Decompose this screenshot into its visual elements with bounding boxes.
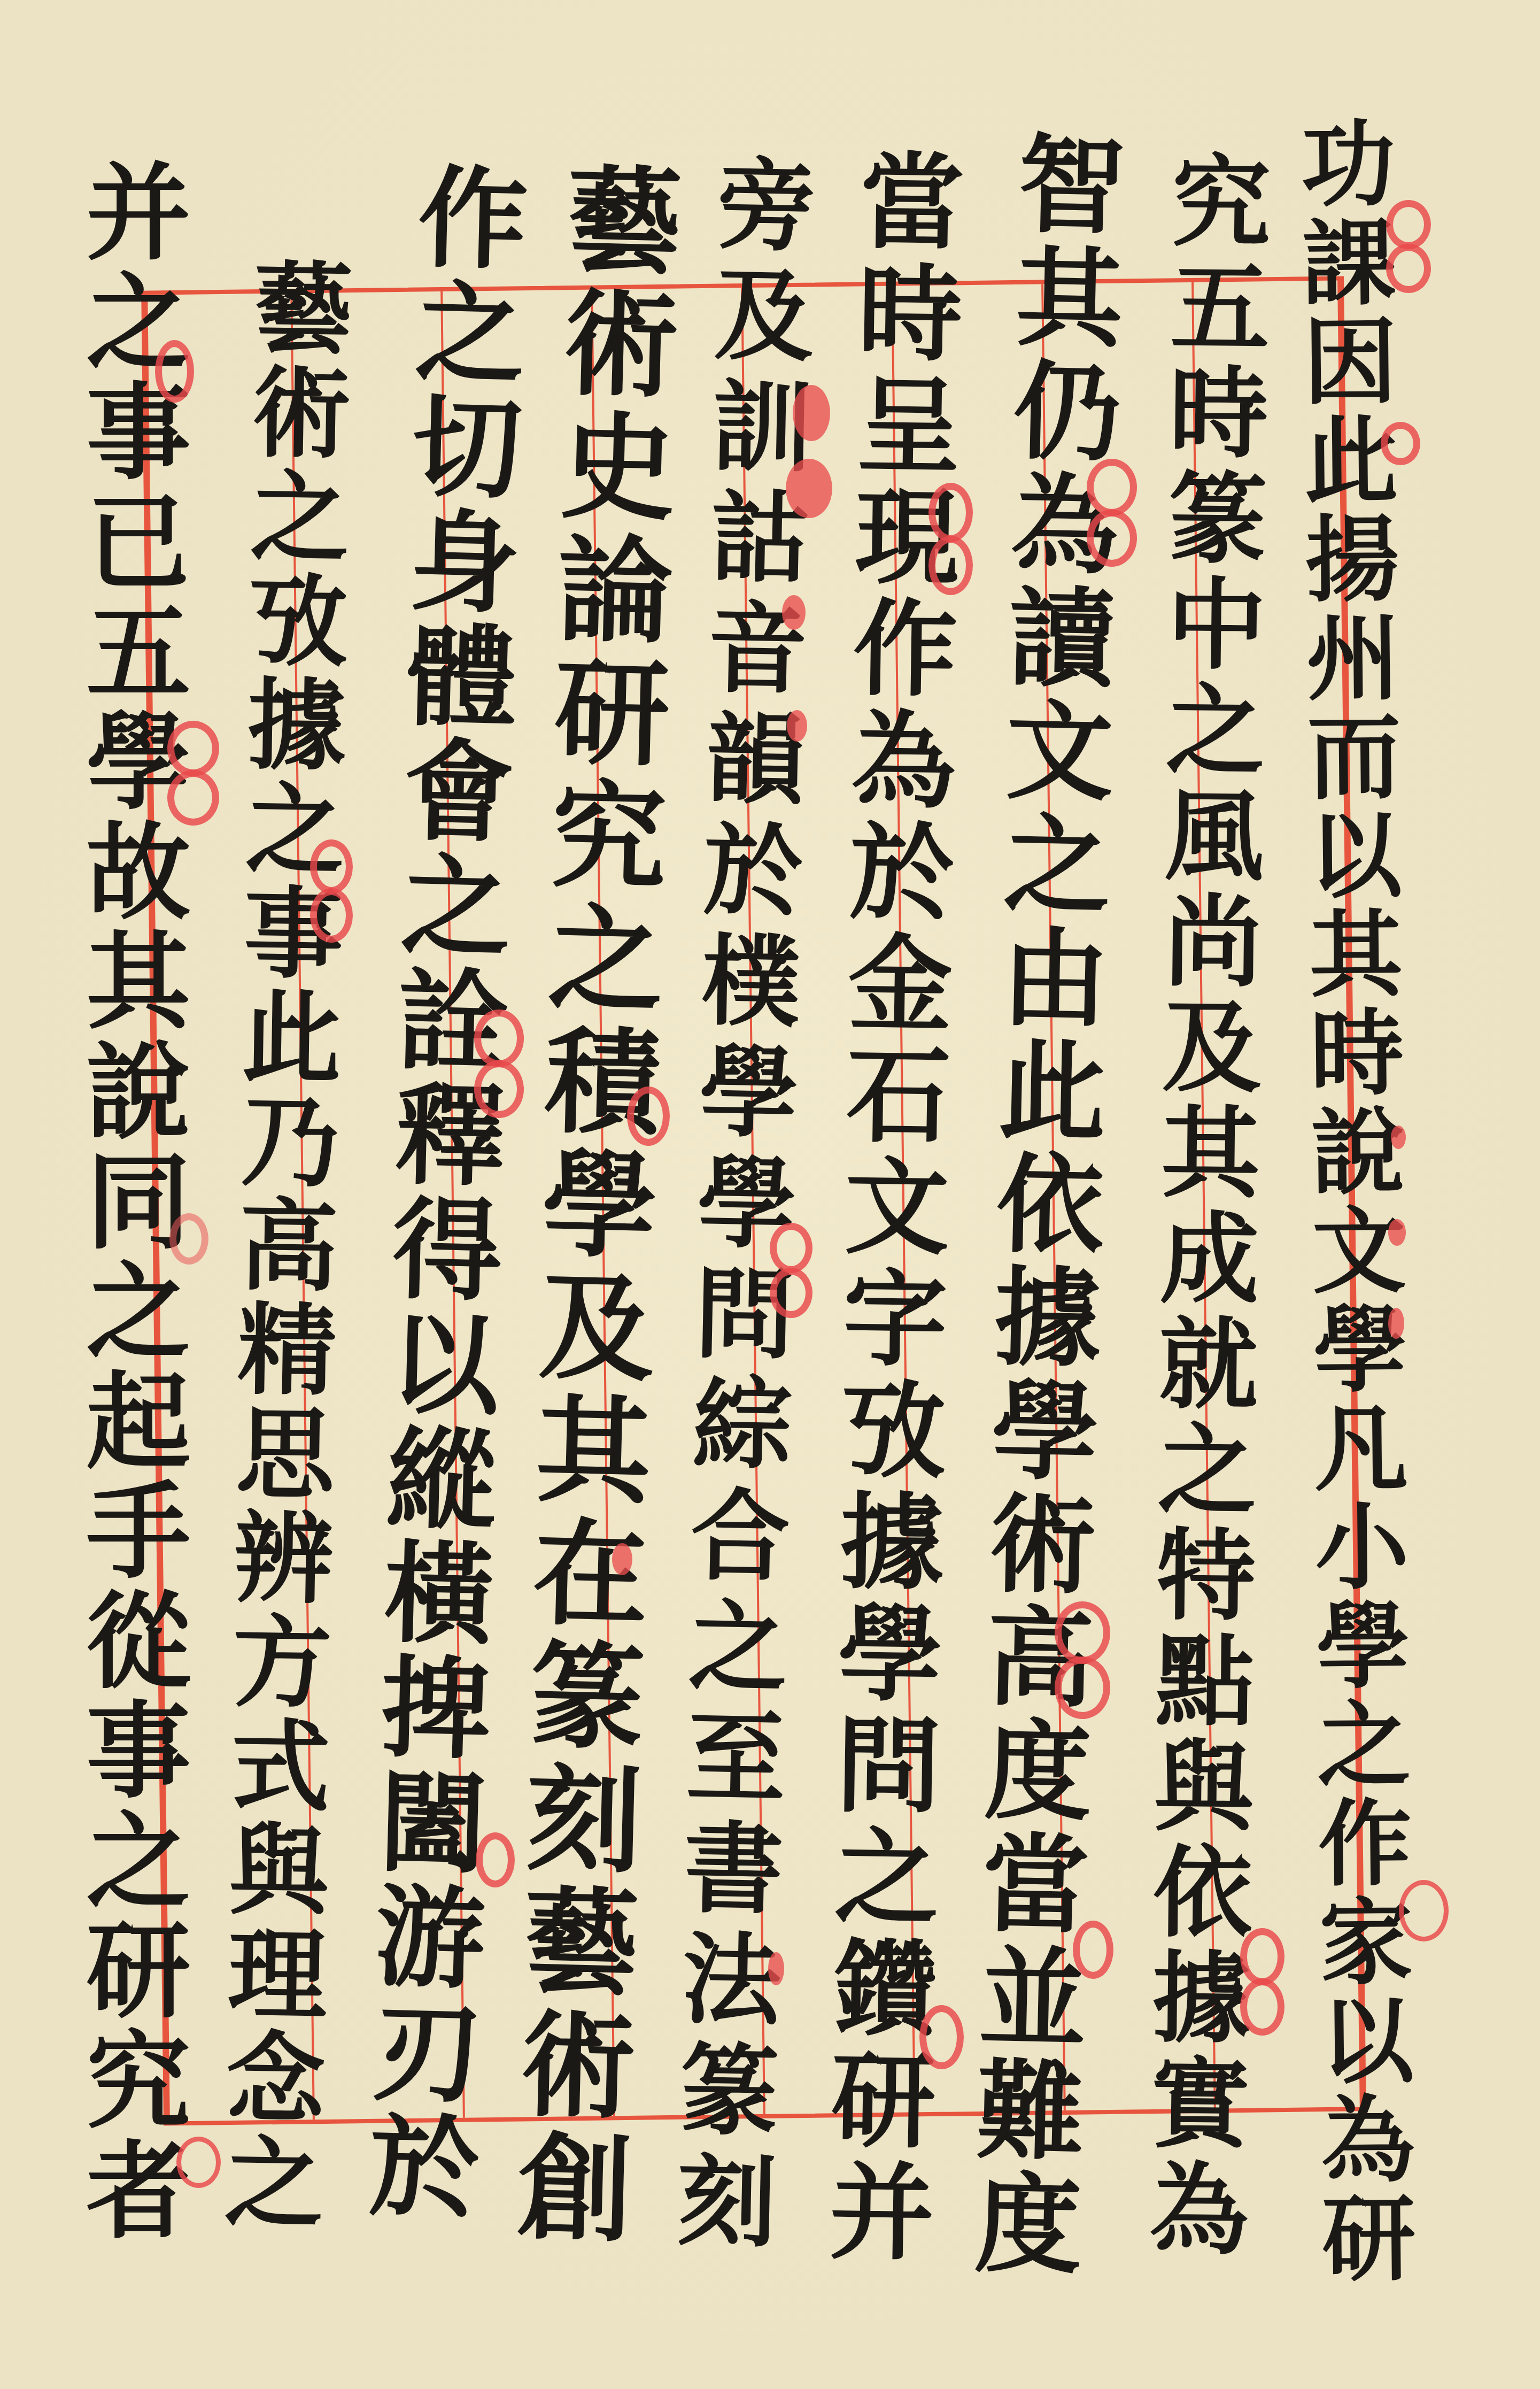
- red-circle-mark: [1399, 1880, 1449, 1941]
- manuscript-page: 功課因此揚州而以其時說文學凡小學之作家以為研 究五時篆中之風尚及其成就之特點與依…: [0, 0, 1540, 2389]
- red-ring: [1073, 1921, 1113, 1979]
- red-circle-mark: [919, 2005, 964, 2069]
- red-ring: [928, 536, 973, 595]
- red-ring: [474, 1060, 524, 1118]
- red-dot-mark: [768, 1952, 784, 1985]
- red-ring: [1087, 510, 1137, 567]
- red-ring: [476, 1832, 515, 1887]
- red-ring: [169, 1213, 208, 1265]
- red-ring: [928, 483, 973, 542]
- red-ring: [167, 770, 219, 826]
- red-ring: [627, 1086, 670, 1146]
- red-circle-mark: [1381, 422, 1420, 465]
- red-double-circle-mark: [1386, 200, 1431, 293]
- red-double-circle-mark: [1240, 1928, 1284, 2036]
- red-double-circle-mark: [928, 483, 973, 595]
- red-ring: [176, 2137, 221, 2188]
- red-circle-mark: [176, 2137, 221, 2188]
- red-circle-mark: [627, 1086, 670, 1146]
- red-double-circle-mark: [310, 839, 353, 943]
- red-dot-mark: [793, 385, 830, 441]
- red-ring: [1386, 244, 1431, 293]
- red-dot-mark: [612, 1543, 632, 1575]
- red-ring: [919, 2005, 964, 2069]
- red-ring: [167, 721, 219, 776]
- red-ring: [1055, 1656, 1110, 1719]
- red-dot-mark: [786, 459, 832, 518]
- red-ring: [1240, 1928, 1284, 1985]
- red-ring: [155, 340, 194, 403]
- red-ring: [310, 839, 353, 894]
- red-double-circle-mark: [770, 1223, 812, 1318]
- red-circle-mark: [1073, 1921, 1113, 1979]
- red-ring: [1381, 422, 1420, 465]
- red-ring: [1240, 1978, 1284, 2036]
- red-double-circle-mark: [167, 721, 219, 826]
- red-double-circle-mark: [1055, 1601, 1110, 1719]
- red-ring: [1055, 1601, 1110, 1664]
- red-circle-mark: [476, 1832, 515, 1887]
- red-dot-mark: [1391, 1126, 1406, 1149]
- red-ring: [310, 888, 353, 943]
- red-circle-mark: [155, 340, 194, 403]
- red-ring: [474, 1009, 524, 1067]
- red-double-circle-mark: [474, 1009, 524, 1118]
- red-circle-mark: [169, 1213, 208, 1265]
- red-ring: [770, 1268, 812, 1318]
- red-dot-mark: [782, 595, 806, 630]
- red-dot-mark: [1388, 1219, 1406, 1246]
- red-ring: [1087, 459, 1137, 516]
- red-ring: [1386, 200, 1431, 249]
- red-ring: [770, 1223, 812, 1273]
- red-dot-mark: [1388, 1308, 1404, 1339]
- text-column-9: 并之事已五學故其說同之起手從事之研究者: [60, 158, 199, 2240]
- red-double-circle-mark: [1087, 459, 1137, 567]
- red-ring: [1399, 1880, 1449, 1941]
- red-dot-mark: [787, 710, 807, 742]
